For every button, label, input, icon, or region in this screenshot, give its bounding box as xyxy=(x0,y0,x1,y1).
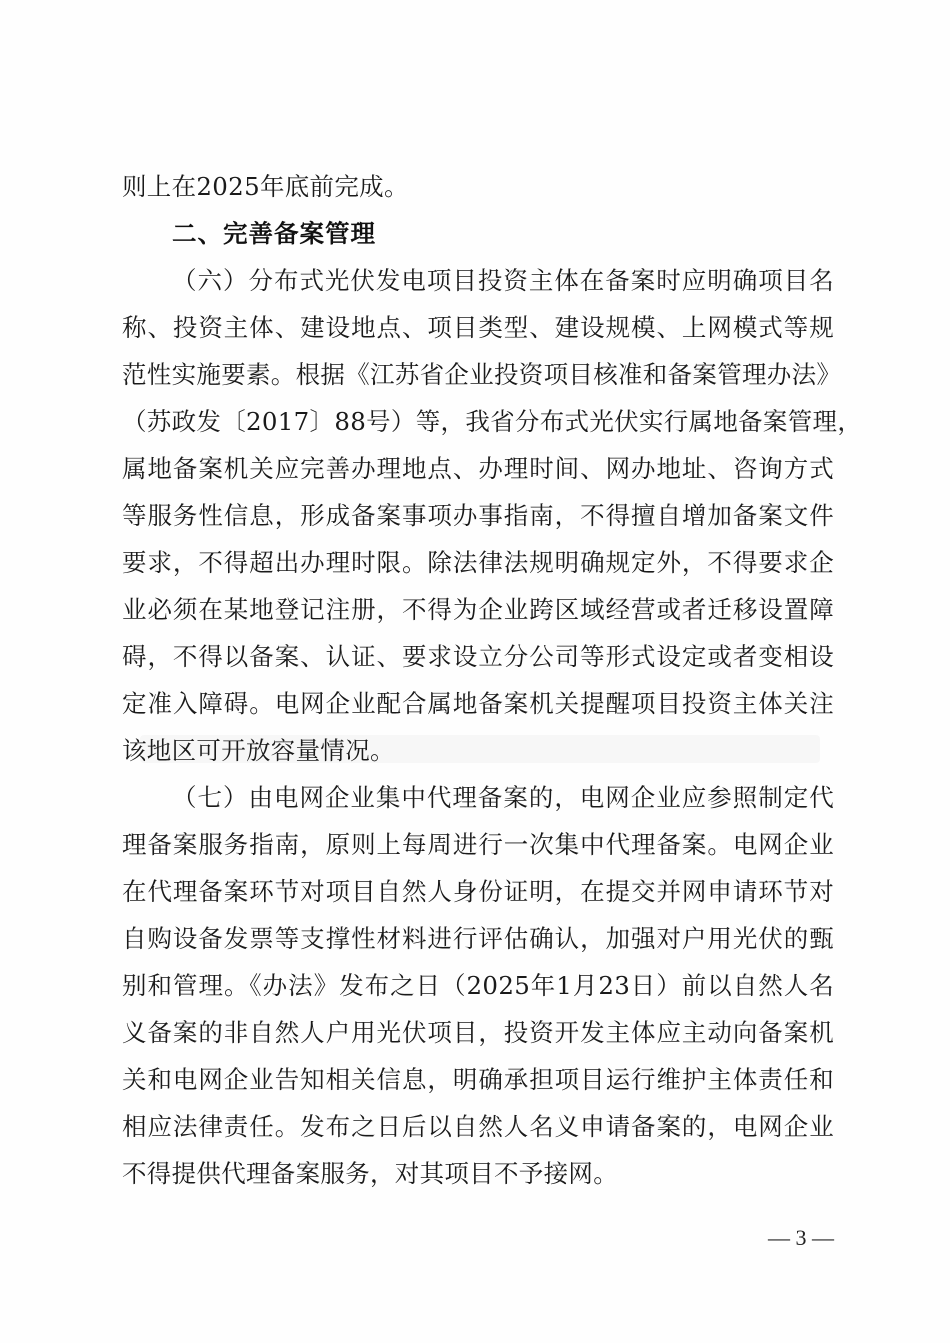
paragraph-line: （七）由电网企业集中代理备案的，电网企业应参照制定代 xyxy=(172,774,834,821)
paragraph-line: 称、投资主体、建设地点、项目类型、建设规模、上网模式等规 xyxy=(122,304,834,351)
paragraph-line: （苏政发〔2017〕88号）等，我省分布式光伏实行属地备案管理， xyxy=(122,398,834,445)
paragraph-line: 碍，不得以备案、认证、要求设立分公司等形式设定或者变相设 xyxy=(122,633,834,680)
document-page: 则上在2025年底前完成。 二、完善备案管理 （六）分布式光伏发电项目投资主体在… xyxy=(0,0,950,1343)
paragraph-line: 定准入障碍。电网企业配合属地备案机关提醒项目投资主体关注 xyxy=(122,680,834,727)
paragraph-line: 在代理备案环节对项目自然人身份证明，在提交并网申请环节对 xyxy=(122,868,834,915)
page-number: — 3 — xyxy=(768,1223,834,1253)
paragraph-line: 业必须在某地登记注册，不得为企业跨区域经营或者迁移设置障 xyxy=(122,586,834,633)
paragraph-line: 理备案服务指南，原则上每周进行一次集中代理备案。电网企业 xyxy=(122,821,834,868)
paragraph-line: （六）分布式光伏发电项目投资主体在备案时应明确项目名 xyxy=(172,257,834,304)
paragraph-line: 要求，不得超出办理时限。除法律法规明确规定外，不得要求企 xyxy=(122,539,834,586)
paragraph-line: 范性实施要素。根据《江苏省企业投资项目核准和备案管理办法》 xyxy=(122,351,834,398)
paragraph-line: 等服务性信息，形成备案事项办事指南，不得擅自增加备案文件 xyxy=(122,492,834,539)
paragraph-line: 不得提供代理备案服务，对其项目不予接网。 xyxy=(122,1150,834,1197)
paragraph-line: 该地区可开放容量情况。 xyxy=(122,727,834,774)
paragraph-line: 自购设备发票等支撑性材料进行评估确认，加强对户用光伏的甄 xyxy=(122,915,834,962)
paragraph-line: 关和电网企业告知相关信息，明确承担项目运行维护主体责任和 xyxy=(122,1056,834,1103)
continuation-line: 则上在2025年底前完成。 xyxy=(122,163,834,210)
paragraph-line: 属地备案机关应完善办理地点、办理时间、网办地址、咨询方式 xyxy=(122,445,834,492)
section-heading: 二、完善备案管理 xyxy=(172,210,376,257)
paragraph-line: 别和管理。《办法》发布之日（2025年1月23日）前以自然人名 xyxy=(122,962,834,1009)
paragraph-line: 相应法律责任。发布之日后以自然人名义申请备案的，电网企业 xyxy=(122,1103,834,1150)
paragraph-line: 义备案的非自然人户用光伏项目，投资开发主体应主动向备案机 xyxy=(122,1009,834,1056)
